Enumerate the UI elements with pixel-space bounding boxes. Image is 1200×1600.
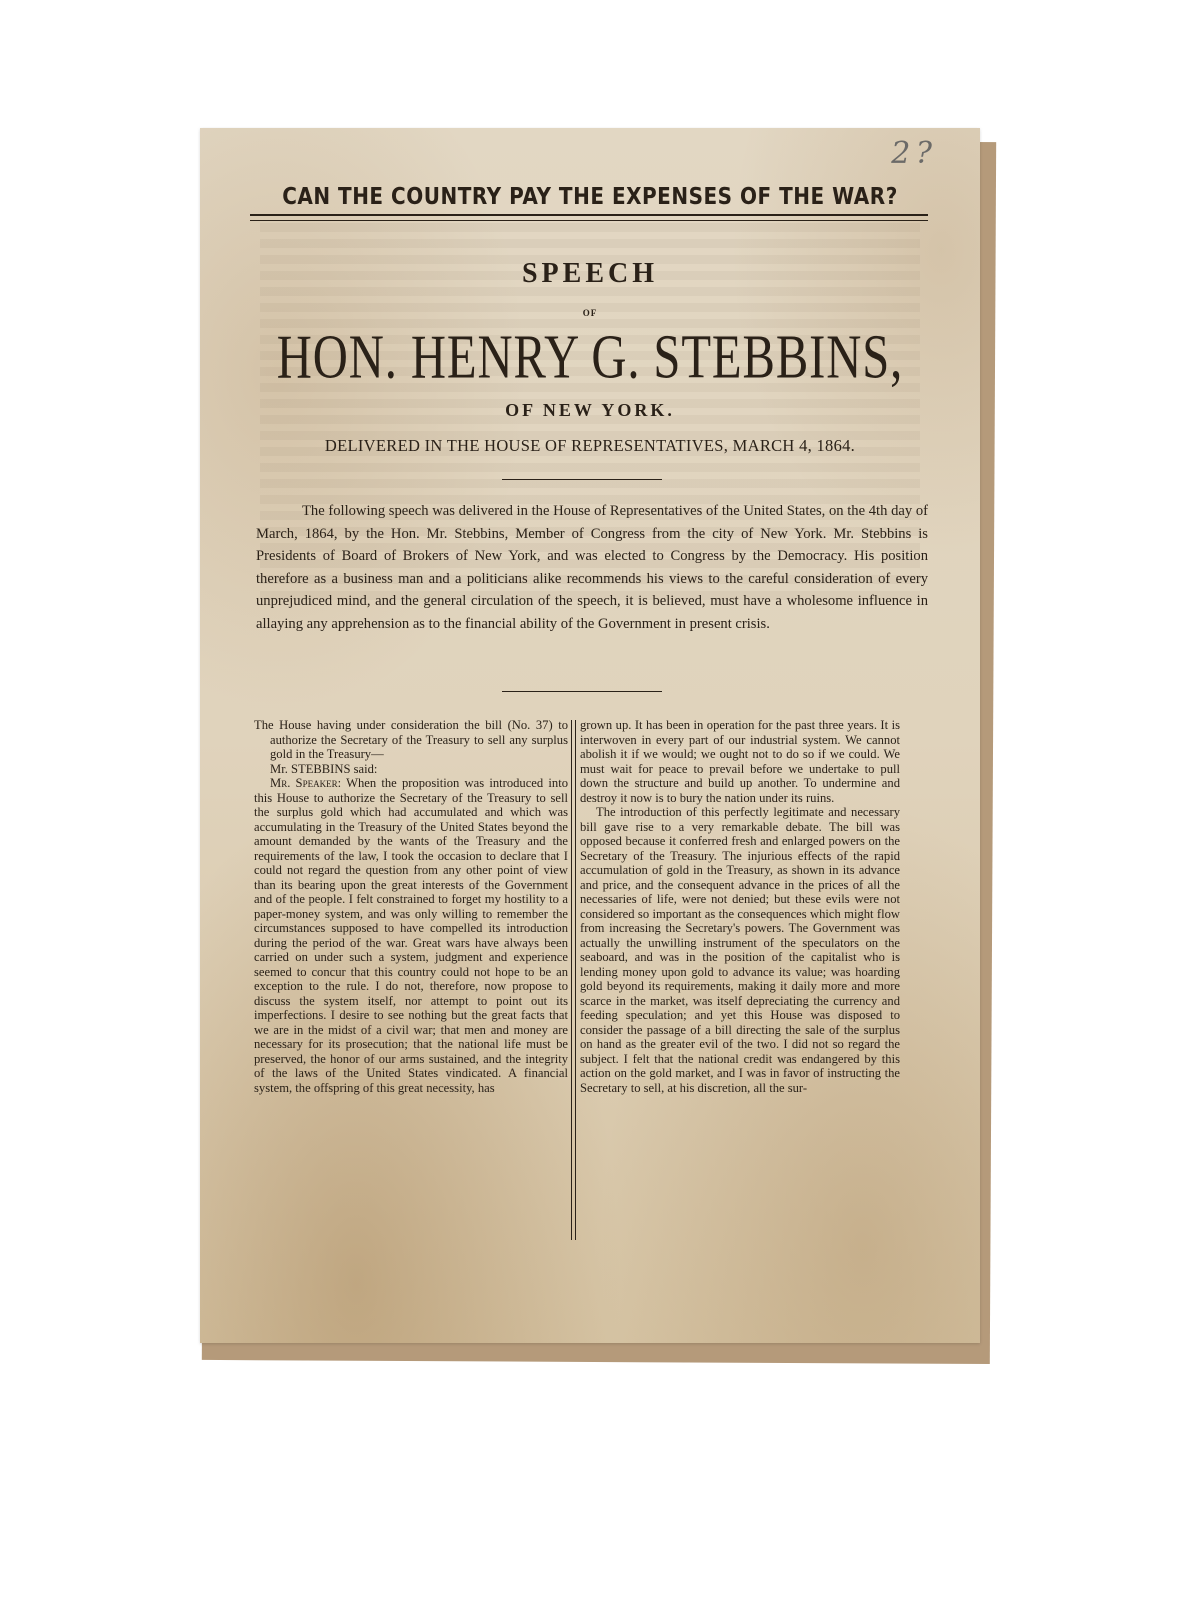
handwritten-page-number: 2 ?	[891, 136, 930, 171]
speaker-origin: OF NEW YORK.	[200, 400, 980, 421]
speaker-said: Mr. STEBBINS said:	[254, 762, 568, 777]
headline: CAN THE COUNTRY PAY THE EXPENSES OF THE …	[200, 182, 980, 210]
speech-title: SPEECH	[200, 258, 980, 290]
column-divider	[571, 720, 576, 1240]
speaker-name: HON. HENRY G. STEBBINS,	[239, 321, 941, 392]
speech-body-left: Mr. Speaker: When the proposition was in…	[254, 776, 568, 1095]
speech-text: : When the proposition was introduced in…	[254, 776, 568, 1095]
right-column: grown up. It has been in operation for t…	[580, 718, 900, 1095]
speech-body-right-para1: grown up. It has been in operation for t…	[580, 718, 900, 805]
speech-body-right-para2: The introduction of this perfectly legit…	[580, 805, 900, 1095]
divider-rule	[502, 691, 662, 692]
of-label: OF	[200, 308, 980, 318]
pamphlet-page: 2 ? CAN THE COUNTRY PAY THE EXPENSES OF …	[200, 128, 980, 1343]
left-column: The House having under consideration the…	[254, 718, 568, 1095]
preamble: The House having under consideration the…	[254, 718, 568, 762]
speaker-address: Mr. Speaker	[270, 776, 338, 790]
divider-rule	[502, 479, 662, 480]
intro-paragraph: The following speech was delivered in th…	[256, 500, 928, 636]
delivery-line: DELIVERED IN THE HOUSE OF REPRESENTATIVE…	[200, 436, 980, 456]
headline-double-rule	[250, 214, 928, 221]
